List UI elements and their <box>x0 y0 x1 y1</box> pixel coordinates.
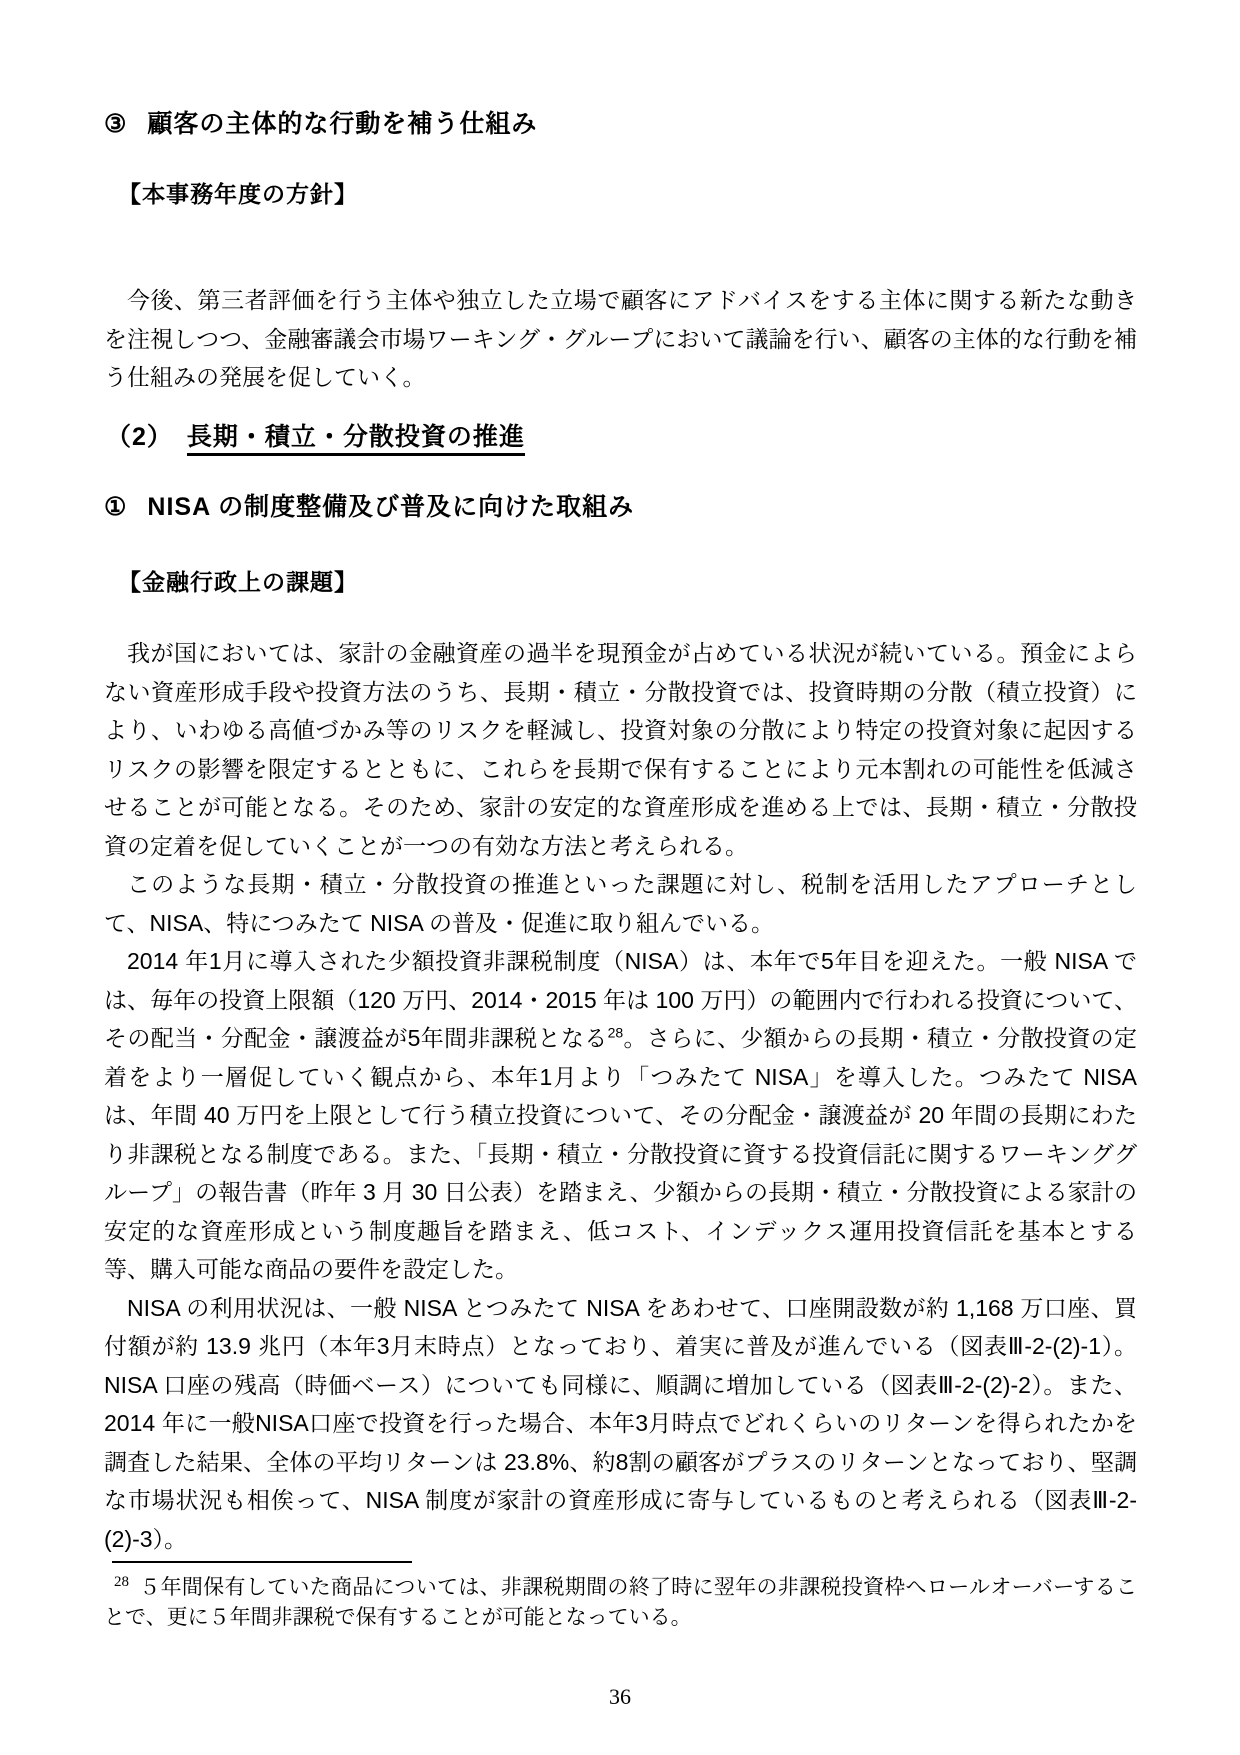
body-text-block: 我が国においては、家計の金融資産の過半を現預金が占めている状況が続いている。預金… <box>104 634 1137 1558</box>
footnote-reference-28: 28 <box>608 1024 624 1040</box>
paragraph-nisa-system: 2014 年1月に導入された少額投資非課税制度（NISA）は、本年で5年目を迎え… <box>104 942 1137 1289</box>
page-number: 36 <box>0 1684 1240 1710</box>
heading-section2: （2）長期・積立・分散投資の推進 <box>106 417 525 453</box>
footnote-section: 28５年間保有していた商品については、非課税期間の終了時に翌年の非課税投資枠へロ… <box>104 1561 1137 1632</box>
heading-section2-number: （2） <box>106 423 173 451</box>
heading-issues-bracket: 【金融行政上の課題】 <box>118 564 358 597</box>
paragraph-tax-approach: このような長期・積立・分散投資の推進といった課題に対し、税制を活用したアプローチ… <box>104 865 1137 942</box>
heading-section1-title: NISA の制度整備及び普及に向けた取組み <box>147 493 634 521</box>
footnote-28-text: ５年間保有していた商品については、非課税期間の終了時に翌年の非課税投資枠へロール… <box>104 1575 1137 1629</box>
paragraph-household-assets: 我が国においては、家計の金融資産の過半を現預金が占めている状況が続いている。預金… <box>104 634 1137 865</box>
footnote-28: 28５年間保有していた商品については、非課税期間の終了時に翌年の非課税投資枠へロ… <box>104 1573 1137 1632</box>
document-page: ③顧客の主体的な行動を補う仕組み 【本事務年度の方針】 今後、第三者評価を行う主… <box>0 0 1240 1755</box>
heading-section3-title: 顧客の主体的な行動を補う仕組み <box>147 110 537 138</box>
footnote-28-marker: 28 <box>114 1574 129 1590</box>
heading-section1: ①NISA の制度整備及び普及に向けた取組み <box>104 487 634 523</box>
heading-policy-bracket: 【本事務年度の方針】 <box>118 176 358 209</box>
heading-section1-number: ① <box>104 493 127 521</box>
heading-section3-number: ③ <box>104 110 127 138</box>
heading-section2-title: 長期・積立・分散投資の推進 <box>187 423 525 456</box>
footnote-separator-rule <box>112 1561 412 1563</box>
heading-section3: ③顧客の主体的な行動を補う仕組み <box>104 104 537 140</box>
paragraph-policy: 今後、第三者評価を行う主体や独立した立場で顧客にアドバイスをする主体に関する新た… <box>104 281 1137 397</box>
paragraph-nisa-system-text-b: 。さらに、少額からの長期・積立・分散投資の定着をより一層促していく観点から、本年… <box>104 1025 1137 1282</box>
paragraph-nisa-usage: NISA の利用状況は、一般 NISA とつみたて NISA をあわせて、口座開… <box>104 1289 1137 1559</box>
